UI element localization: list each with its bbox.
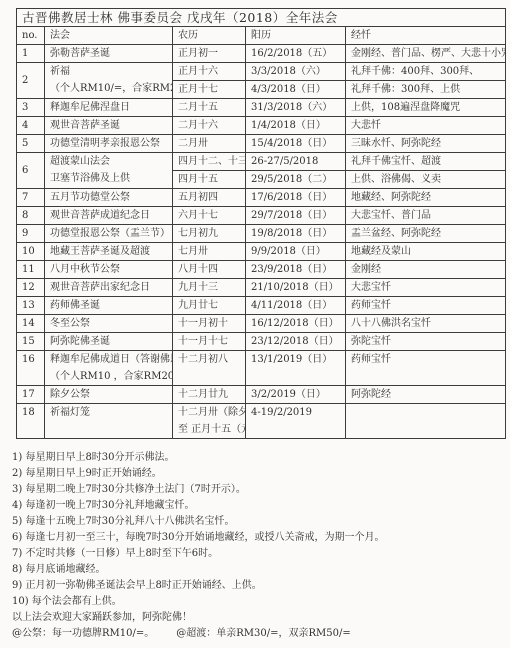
cell-no: 18 <box>17 404 45 439</box>
event-row: 9功德堂报恩公祭（盂兰节）七月初九19/8/2018（日）盂兰盆经、阿弥陀经 <box>17 225 506 243</box>
cell-sutra: 大悲忏 <box>346 117 506 135</box>
cell-event: 功德堂清明孝亲报恩公祭 <box>45 135 173 153</box>
cell-event: 功德堂报恩公祭（盂兰节） <box>45 225 173 243</box>
event-line: 冬至公祭 <box>50 317 167 330</box>
event-line: 观世音菩萨出家纪念日 <box>50 281 167 294</box>
cell-solar: 26-27/5/2018 <box>246 153 346 171</box>
sutra-line: 大悲忏 <box>351 119 500 132</box>
event-row: 1弥勒菩萨圣诞正月初一16/2/2018（五）金刚经、普门品、楞严、大悲十小咒 <box>17 45 506 63</box>
cell-sutra: 药师宝忏 <box>346 351 506 386</box>
solar-line: 15/4/2018（日） <box>251 137 340 150</box>
cell-sutra: 上供、浴佛偈、义卖 <box>346 171 506 189</box>
lunar-line: 十二月卅（除夕） <box>178 406 240 419</box>
document-page: 古晋佛教居士林 佛事委员会 戊戌年（2018）全年法会 no. 法会 农历 阳历… <box>0 0 510 642</box>
cell-solar: 16/2/2018（五） <box>246 45 346 63</box>
solar-line: 16/12/2018（日） <box>251 317 340 330</box>
solar-line: 16/2/2018（五） <box>251 47 340 60</box>
cell-sutra: 地藏经、阿弥陀经 <box>346 189 506 207</box>
col-header-no: no. <box>17 27 45 45</box>
cell-solar: 13/1/2019（日） <box>246 351 346 386</box>
cell-no: 16 <box>17 351 45 386</box>
cell-no: 14 <box>17 315 45 333</box>
cell-solar: 17/6/2018（日） <box>246 189 346 207</box>
lunar-line: 十一月十七 <box>178 335 240 348</box>
event-line: 祈福灯笼 <box>50 406 167 419</box>
sutra-line: 上供，108遍涅盘降魔咒 <box>351 101 500 114</box>
cell-sutra <box>346 404 506 439</box>
cell-event: 观世音菩萨出家纪念日 <box>45 279 173 297</box>
cell-sutra: 金刚经 <box>346 261 506 279</box>
sutra-line: 药师宝忏 <box>351 353 500 366</box>
solar-line: 4-19/2/2019 <box>251 406 340 419</box>
event-line: 药师佛圣诞 <box>50 299 167 312</box>
cell-event: 祈福（个人RM10/=，合家RM20） <box>45 63 173 99</box>
event-row: 18祈福灯笼十二月卅（除夕）至 正月十五（元宵）4-19/2/2019 <box>17 404 506 439</box>
solar-line: 23/12/2018（日） <box>251 335 340 348</box>
fees-line: @公祭：每一功德牌RM10/=。@超渡：单亲RM30/=，双亲RM50/= <box>12 626 510 642</box>
cell-lunar: 四月十五 <box>173 171 246 189</box>
event-line: 观世音菩萨成道纪念日 <box>50 209 167 222</box>
cell-solar: 16/12/2018（日） <box>246 315 346 333</box>
solar-line: 13/1/2019（日） <box>251 353 340 366</box>
solar-line: 31/3/2018（六） <box>251 101 340 114</box>
cell-event: 地藏王菩萨圣诞及超渡 <box>45 243 173 261</box>
lunar-line: 五月初四 <box>178 191 240 204</box>
cell-event: 超渡蒙山法会卫塞节浴佛及上供 <box>45 153 173 189</box>
sutra-line: 三昧水忏、阿弥陀经 <box>351 137 500 150</box>
event-line: 地藏王菩萨圣诞及超渡 <box>50 245 167 258</box>
cell-event: 药师佛圣诞 <box>45 297 173 315</box>
sutra-line: 阿弥陀经 <box>351 388 500 401</box>
title-row: 古晋佛教居士林 佛事委员会 戊戌年（2018）全年法会 <box>17 9 506 27</box>
note-line: 6) 每逢七月初一至三十，每晚7时30分开始诵地藏经，或授八关斋戒，为期一个月。 <box>12 530 510 546</box>
event-line: （个人RM10 ，合家RM20） <box>50 370 167 383</box>
events-table: 古晋佛教居士林 佛事委员会 戊戌年（2018）全年法会 no. 法会 农历 阳历… <box>16 8 506 439</box>
cell-sutra: 大悲宝忏 <box>346 279 506 297</box>
header-row: no. 法会 农历 阳历 经忏 <box>17 27 506 45</box>
cell-solar: 4-19/2/2019 <box>246 404 346 439</box>
note-line: 1) 每星期日早上8时30分开示佛法。 <box>12 450 510 466</box>
sutra-line: 金刚经、普门品、楞严、大悲十小咒 <box>351 47 500 60</box>
col-header-event: 法会 <box>45 27 173 45</box>
event-row: 10地藏王菩萨圣诞及超渡七月卅9/9/2018（日）地藏经及蒙山 <box>17 243 506 261</box>
sutra-line: 药师宝忏 <box>351 299 500 312</box>
note-line: 7) 不定时共修（一日修）早上8时至下午6时。 <box>12 546 510 562</box>
solar-line: 21/10/2018（日） <box>251 281 340 294</box>
cell-event: 观世音菩萨圣诞 <box>45 117 173 135</box>
fee-chaodu: @超渡：单亲RM30/=，双亲RM50/= <box>176 628 350 639</box>
solar-line: 29/7/2018（日） <box>251 209 340 222</box>
cell-lunar: 九月廿七 <box>173 297 246 315</box>
sutra-line: 大悲宝忏 <box>351 281 500 294</box>
cell-event: 阿弥陀佛圣诞 <box>45 333 173 351</box>
solar-line: 1/4/2018（日） <box>251 119 340 132</box>
event-row: 16释迦牟尼佛成道日（答谢佛恩）（个人RM10 ，合家RM20）十二月初八13/… <box>17 351 506 386</box>
event-row: 2祈福（个人RM10/=，合家RM20）正月十六3/3/2018（六）礼拜千佛：… <box>17 63 506 81</box>
event-line: 超渡蒙山法会 <box>50 155 167 168</box>
note-line: 9) 正月初一弥勒佛圣诞法会早上8时正开始诵经、上供。 <box>12 578 510 594</box>
cell-event: 八月中秋节公祭 <box>45 261 173 279</box>
col-header-solar: 阳历 <box>246 27 346 45</box>
cell-sutra: 礼拜千佛：400拜、300拜、 <box>346 63 506 81</box>
cell-lunar: 二月十五 <box>173 99 246 117</box>
document-title: 古晋佛教居士林 佛事委员会 戊戌年（2018）全年法会 <box>17 9 506 27</box>
cell-lunar: 正月十七 <box>173 81 246 99</box>
cell-sutra: 地藏经及蒙山 <box>346 243 506 261</box>
note-line: 4) 每逢初一晚上7时30分礼拜地藏宝忏。 <box>12 498 510 514</box>
cell-solar: 29/5/2018（二） <box>246 171 346 189</box>
event-row: 5功德堂清明孝亲报恩公祭二月卅15/4/2018（日）三昧水忏、阿弥陀经 <box>17 135 506 153</box>
sutra-line: 盂兰盆经、阿弥陀经 <box>351 227 500 240</box>
cell-no: 4 <box>17 117 45 135</box>
cell-no: 1 <box>17 45 45 63</box>
event-row: 7五月节功德堂公祭五月初四17/6/2018（日）地藏经、阿弥陀经 <box>17 189 506 207</box>
cell-solar: 3/3/2018（六） <box>246 63 346 81</box>
cell-solar: 9/9/2018（日） <box>246 243 346 261</box>
event-line: 观世音菩萨圣诞 <box>50 119 167 132</box>
cell-solar: 23/9/2018（日） <box>246 261 346 279</box>
cell-solar: 29/7/2018（日） <box>246 207 346 225</box>
cell-no: 3 <box>17 99 45 117</box>
cell-event: 释迦牟尼佛涅盘日 <box>45 99 173 117</box>
event-line: 八月中秋节公祭 <box>50 263 167 276</box>
cell-lunar: 五月初四 <box>173 189 246 207</box>
cell-sutra: 药师宝忏 <box>346 297 506 315</box>
lunar-line: 二月卅 <box>178 137 240 150</box>
cell-solar: 1/4/2018（日） <box>246 117 346 135</box>
cell-sutra: 八十八佛洪名宝忏 <box>346 315 506 333</box>
cell-solar: 23/12/2018（日） <box>246 333 346 351</box>
cell-solar: 15/4/2018（日） <box>246 135 346 153</box>
cell-solar: 21/10/2018（日） <box>246 279 346 297</box>
cell-event: 冬至公祭 <box>45 315 173 333</box>
cell-sutra: 礼拜千佛宝忏、超渡 <box>346 153 506 171</box>
event-line: 释迦牟尼佛成道日（答谢佛恩） <box>50 353 167 366</box>
cell-no: 15 <box>17 333 45 351</box>
lunar-line: 二月十六 <box>178 119 240 132</box>
cell-lunar: 十二月卅（除夕）至 正月十五（元宵） <box>173 404 246 439</box>
event-row: 11八月中秋节公祭八月十四23/9/2018（日）金刚经 <box>17 261 506 279</box>
lunar-line: 正月初一 <box>178 47 240 60</box>
cell-lunar: 八月十四 <box>173 261 246 279</box>
cell-solar: 4/11/2018（日） <box>246 297 346 315</box>
event-row: 14冬至公祭十一月初十16/12/2018（日）八十八佛洪名宝忏 <box>17 315 506 333</box>
event-line: （个人RM10/=，合家RM20） <box>50 82 167 95</box>
cell-no: 11 <box>17 261 45 279</box>
solar-line: 4/11/2018（日） <box>251 299 340 312</box>
lunar-line: 九月十三 <box>178 281 240 294</box>
cell-solar: 31/3/2018（六） <box>246 99 346 117</box>
cell-solar: 19/8/2018（日） <box>246 225 346 243</box>
cell-sutra: 大悲宝忏、普门品 <box>346 207 506 225</box>
event-row: 4观世音菩萨圣诞二月十六1/4/2018（日）大悲忏 <box>17 117 506 135</box>
solar-line: 23/9/2018（日） <box>251 263 340 276</box>
event-line: 功德堂报恩公祭（盂兰节） <box>50 227 167 240</box>
note-line: 2) 每星期日早上9时正开始诵经。 <box>12 466 510 482</box>
cell-event: 观世音菩萨成道纪念日 <box>45 207 173 225</box>
event-row: 3释迦牟尼佛涅盘日二月十五31/3/2018（六）上供，108遍涅盘降魔咒 <box>17 99 506 117</box>
note-line: 10) 每个法会都有上供。 <box>12 594 510 610</box>
event-row: 8观世音菩萨成道纪念日六月十七29/7/2018（日）大悲宝忏、普门品 <box>17 207 506 225</box>
event-row: 6超渡蒙山法会卫塞节浴佛及上供四月十二、十三26-27/5/2018礼拜千佛宝忏… <box>17 153 506 171</box>
solar-line: 9/9/2018（日） <box>251 245 340 258</box>
cell-lunar: 十一月初十 <box>173 315 246 333</box>
cell-sutra: 上供，108遍涅盘降魔咒 <box>346 99 506 117</box>
sutra-line: 弥陀宝忏 <box>351 335 500 348</box>
event-row: 15阿弥陀佛圣诞十一月十七23/12/2018（日）弥陀宝忏 <box>17 333 506 351</box>
note-line: 以上法会欢迎大家踊跃参加，阿弥陀佛！ <box>12 610 510 626</box>
note-line: 8) 每月底诵地藏经。 <box>12 562 510 578</box>
cell-lunar: 十二月廿九 <box>173 386 246 404</box>
event-line: 除夕公祭 <box>50 388 167 401</box>
solar-line: 3/2/2019（日） <box>251 388 340 401</box>
sutra-line: 地藏经及蒙山 <box>351 245 500 258</box>
note-line: 5) 每逢十五晚上7时30分礼拜八十八佛洪名宝忏。 <box>12 514 510 530</box>
sutra-line: 大悲宝忏、普门品 <box>351 209 500 222</box>
lunar-line: 六月十七 <box>178 209 240 222</box>
event-line: 五月节功德堂公祭 <box>50 191 167 204</box>
cell-solar: 4/3/2018（日） <box>246 81 346 99</box>
lunar-line: 十二月初八 <box>178 353 240 366</box>
cell-sutra: 三昧水忏、阿弥陀经 <box>346 135 506 153</box>
lunar-line: 至 正月十五（元宵） <box>178 423 240 436</box>
cell-no: 9 <box>17 225 45 243</box>
event-row: 13药师佛圣诞九月廿七4/11/2018（日）药师宝忏 <box>17 297 506 315</box>
cell-event: 五月节功德堂公祭 <box>45 189 173 207</box>
solar-line: 19/8/2018（日） <box>251 227 340 240</box>
cell-sutra: 金刚经、普门品、楞严、大悲十小咒 <box>346 45 506 63</box>
cell-no: 12 <box>17 279 45 297</box>
col-header-sutra: 经忏 <box>346 27 506 45</box>
event-line: 弥勒菩萨圣诞 <box>50 47 167 60</box>
cell-lunar: 二月十六 <box>173 117 246 135</box>
event-row: 12观世音菩萨出家纪念日九月十三21/10/2018（日）大悲宝忏 <box>17 279 506 297</box>
col-header-lunar: 农历 <box>173 27 246 45</box>
lunar-line: 二月十五 <box>178 101 240 114</box>
cell-sutra: 礼拜千佛：300拜、上供 <box>346 81 506 99</box>
events-table-body: 1弥勒菩萨圣诞正月初一16/2/2018（五）金刚经、普门品、楞严、大悲十小咒2… <box>17 45 506 439</box>
lunar-line: 十二月廿九 <box>178 388 240 401</box>
cell-solar: 3/2/2019（日） <box>246 386 346 404</box>
notes-section: 1) 每星期日早上8时30分开示佛法。2) 每星期日早上9时正开始诵经。3) 每… <box>12 450 510 626</box>
event-line: 卫塞节浴佛及上供 <box>50 172 167 185</box>
cell-lunar: 正月初一 <box>173 45 246 63</box>
cell-event: 祈福灯笼 <box>45 404 173 439</box>
cell-lunar: 十二月初八 <box>173 351 246 386</box>
note-line: 3) 每星期二晚上7时30分共修净土法门（7时开示）。 <box>12 482 510 498</box>
cell-no: 8 <box>17 207 45 225</box>
sutra-line: 金刚经 <box>351 263 500 276</box>
lunar-line: 七月卅 <box>178 245 240 258</box>
fee-gongji: @公祭：每一功德牌RM10/=。 <box>12 628 154 639</box>
cell-no: 17 <box>17 386 45 404</box>
cell-no: 6 <box>17 153 45 189</box>
cell-event: 弥勒菩萨圣诞 <box>45 45 173 63</box>
lunar-line: 八月十四 <box>178 263 240 276</box>
cell-sutra: 盂兰盆经、阿弥陀经 <box>346 225 506 243</box>
sutra-line: 八十八佛洪名宝忏 <box>351 317 500 330</box>
cell-no: 5 <box>17 135 45 153</box>
cell-no: 2 <box>17 63 45 99</box>
event-line: 阿弥陀佛圣诞 <box>50 335 167 348</box>
cell-lunar: 六月十七 <box>173 207 246 225</box>
cell-event: 除夕公祭 <box>45 386 173 404</box>
event-row: 17除夕公祭十二月廿九3/2/2019（日）阿弥陀经 <box>17 386 506 404</box>
cell-no: 7 <box>17 189 45 207</box>
cell-sutra: 弥陀宝忏 <box>346 333 506 351</box>
event-line: 释迦牟尼佛涅盘日 <box>50 101 167 114</box>
cell-event: 释迦牟尼佛成道日（答谢佛恩）（个人RM10 ，合家RM20） <box>45 351 173 386</box>
cell-no: 10 <box>17 243 45 261</box>
cell-lunar: 正月十六 <box>173 63 246 81</box>
lunar-line: 九月廿七 <box>178 299 240 312</box>
lunar-line: 七月初九 <box>178 227 240 240</box>
sutra-line: 地藏经、阿弥陀经 <box>351 191 500 204</box>
cell-lunar: 十一月十七 <box>173 333 246 351</box>
event-line: 祈福 <box>50 65 167 78</box>
solar-line: 17/6/2018（日） <box>251 191 340 204</box>
cell-lunar: 二月卅 <box>173 135 246 153</box>
cell-lunar: 七月初九 <box>173 225 246 243</box>
event-line: 功德堂清明孝亲报恩公祭 <box>50 137 167 150</box>
cell-lunar: 九月十三 <box>173 279 246 297</box>
cell-sutra: 阿弥陀经 <box>346 386 506 404</box>
cell-lunar: 四月十二、十三 <box>173 153 246 171</box>
cell-lunar: 七月卅 <box>173 243 246 261</box>
cell-no: 13 <box>17 297 45 315</box>
lunar-line: 十一月初十 <box>178 317 240 330</box>
